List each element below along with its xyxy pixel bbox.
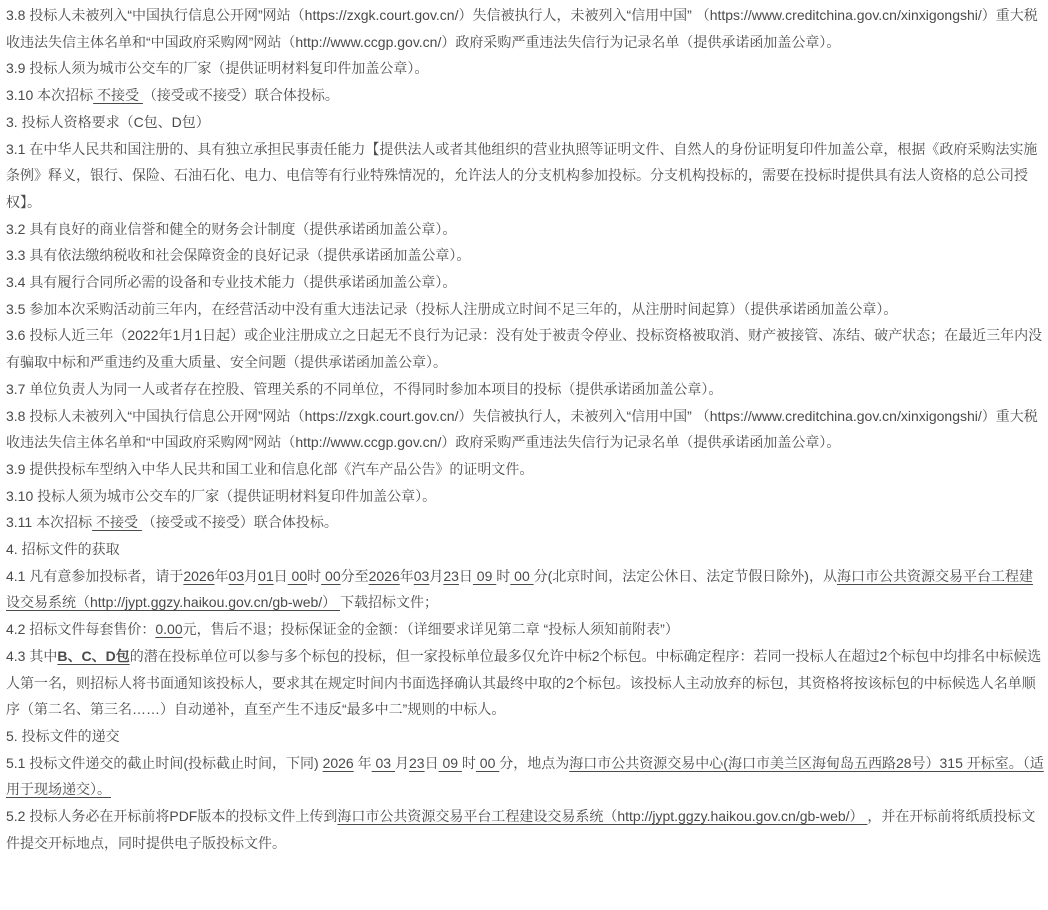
paragraph: 3. 投标人资格要求（C包、D包） (6, 109, 1046, 136)
text-run: 3.10 投标人须为城市公交车的厂家（提供证明材料复印件加盖公章）。 (6, 488, 436, 504)
underlined-text-run: B、C、D包 (57, 648, 129, 664)
text-run: 4.3 其中 (6, 648, 57, 664)
text-run: 元，售后不退；投标保证金的金额：（详细要求详见第二章 “投标人须知前附表”） (183, 621, 679, 637)
text-run: 5. 投标文件的递交 (6, 728, 120, 744)
paragraph: 5.1 投标文件递交的截止时间(投标截止时间，下同) 2026 年 03 月23… (6, 750, 1046, 803)
underlined-text-run: 2026 (369, 568, 400, 584)
text-run: 3.9 投标人须为城市公交车的厂家（提供证明材料复印件加盖公章）。 (6, 60, 428, 76)
text-run: 3.11 本次招标 (6, 514, 92, 530)
paragraph: 5.2 投标人务必在开标前将PDF版本的投标文件上传到海口市公共资源交易平台工程… (6, 803, 1046, 856)
paragraph: 3.5 参加本次采购活动前三年内，在经营活动中没有重大违法记录（投标人注册成立时… (6, 296, 1046, 323)
underlined-text-run: 2026 (183, 568, 214, 584)
text-run: 4.2 招标文件每套售价： (6, 621, 155, 637)
text-run: 时 (462, 755, 476, 771)
underlined-text-run: 2026 (323, 755, 354, 771)
underlined-text-run: 03 (414, 568, 430, 584)
text-run: 分(北京时间，法定公休日、法定节假日除外)，从 (534, 568, 837, 584)
underlined-text-run: 00 (510, 568, 533, 584)
underlined-text-run: 23 (443, 568, 459, 584)
text-run: 月 (244, 568, 258, 584)
text-run: 的潜在投标单位可以参与多个标包的投标，但一家投标单位最多仅允许中标2个标包。中标… (6, 648, 1041, 717)
underlined-text-run: 03 (229, 568, 245, 584)
document-body: 3.8 投标人未被列入“中国执行信息公开网”网站（https://zxgk.co… (6, 2, 1046, 857)
text-run: 下载招标文件； (340, 594, 438, 610)
paragraph: 3.11 本次招标 不接受 （接受或不接受）联合体投标。 (6, 509, 1046, 536)
underlined-text-run: 23 (409, 755, 425, 771)
text-run: 时 (496, 568, 510, 584)
paragraph: 3.1 在中华人民共和国注册的、具有独立承担民事责任能力【提供法人或者其他组织的… (6, 136, 1046, 216)
paragraph: 3.2 具有良好的商业信誉和健全的财务会计制度（提供承诺函加盖公章）。 (6, 216, 1046, 243)
paragraph: 3.9 投标人须为城市公交车的厂家（提供证明材料复印件加盖公章）。 (6, 55, 1046, 82)
text-run: 3.9 提供投标车型纳入中华人民共和国工业和信息化部《汽车产品公告》的证明文件。 (6, 461, 533, 477)
text-run: 3.4 具有履行合同所必需的设备和专业技术能力（提供承诺函加盖公章）。 (6, 274, 456, 290)
text-run: 3.7 单位负责人为同一人或者存在控股、管理关系的不同单位，不得同时参加本项目的… (6, 381, 722, 397)
text-run: 日 (459, 568, 473, 584)
text-run: 5.1 投标文件递交的截止时间(投标截止时间，下同) (6, 755, 323, 771)
underlined-text-run: 09 (473, 568, 496, 584)
underlined-text-run: 00 (476, 755, 499, 771)
underlined-text-run: 00 (288, 568, 307, 584)
paragraph: 5. 投标文件的递交 (6, 723, 1046, 750)
text-run: 3.10 本次招标 (6, 87, 93, 103)
underlined-text-run: 不接受 (93, 87, 143, 103)
text-run: 年 (215, 568, 229, 584)
text-run: 3.6 投标人近三年（2022年1月1日起）或企业注册成立之日起无不良行为记录：… (6, 327, 1042, 370)
text-run: 年 (354, 755, 372, 771)
text-run: （接受或不接受）联合体投标。 (143, 87, 339, 103)
paragraph: 3.9 提供投标车型纳入中华人民共和国工业和信息化部《汽车产品公告》的证明文件。 (6, 456, 1046, 483)
text-run: 3.5 参加本次采购活动前三年内，在经营活动中没有重大违法记录（投标人注册成立时… (6, 301, 897, 317)
text-run: 4. 招标文件的获取 (6, 541, 120, 557)
underlined-text-run: 09 (439, 755, 462, 771)
document-page: 3.8 投标人未被列入“中国执行信息公开网”网站（https://zxgk.co… (0, 0, 1048, 910)
paragraph: 3.10 本次招标 不接受 （接受或不接受）联合体投标。 (6, 82, 1046, 109)
text-run: 日 (425, 755, 439, 771)
text-run: 年 (400, 568, 414, 584)
text-run: 3.2 具有良好的商业信誉和健全的财务会计制度（提供承诺函加盖公章）。 (6, 221, 456, 237)
text-run: 日 (274, 568, 288, 584)
text-run: 月 (395, 755, 409, 771)
paragraph: 3.10 投标人须为城市公交车的厂家（提供证明材料复印件加盖公章）。 (6, 483, 1046, 510)
text-run: 4.1 凡有意参加投标者，请于 (6, 568, 183, 584)
text-run: 3.3 具有依法缴纳税收和社会保障资金的良好记录（提供承诺函加盖公章）。 (6, 247, 470, 263)
text-run: （接受或不接受）联合体投标。 (142, 514, 338, 530)
paragraph: 4. 招标文件的获取 (6, 536, 1046, 563)
text-run: 时 (307, 568, 321, 584)
paragraph: 3.7 单位负责人为同一人或者存在控股、管理关系的不同单位，不得同时参加本项目的… (6, 376, 1046, 403)
text-run: 月 (429, 568, 443, 584)
underlined-text-run: 03 (372, 755, 395, 771)
text-run: 3. 投标人资格要求（C包、D包） (6, 114, 210, 130)
paragraph: 4.1 凡有意参加投标者，请于2026年03月01日 00时 00分至2026年… (6, 563, 1046, 616)
underlined-text-run: 00 (321, 568, 340, 584)
text-run: 3.8 投标人未被列入“中国执行信息公开网”网站（https://zxgk.co… (6, 408, 1038, 451)
underlined-text-run: 海口市公共资源交易平台工程建设交易系统（http://jypt.ggzy.hai… (337, 808, 867, 824)
text-run: 5.2 投标人务必在开标前将PDF版本的投标文件上传到 (6, 808, 337, 824)
text-run: 分，地点为 (499, 755, 569, 771)
text-run: 3.8 投标人未被列入“中国执行信息公开网”网站（https://zxgk.co… (6, 7, 1038, 50)
text-run: 3.1 在中华人民共和国注册的、具有独立承担民事责任能力【提供法人或者其他组织的… (6, 141, 1037, 210)
paragraph: 4.3 其中B、C、D包的潜在投标单位可以参与多个标包的投标，但一家投标单位最多… (6, 643, 1046, 723)
paragraph: 3.4 具有履行合同所必需的设备和专业技术能力（提供承诺函加盖公章）。 (6, 269, 1046, 296)
paragraph: 3.8 投标人未被列入“中国执行信息公开网”网站（https://zxgk.co… (6, 403, 1046, 456)
text-run: 分至 (341, 568, 369, 584)
underlined-text-run: 不接受 (92, 514, 142, 530)
paragraph: 3.8 投标人未被列入“中国执行信息公开网”网站（https://zxgk.co… (6, 2, 1046, 55)
paragraph: 4.2 招标文件每套售价：0.00元，售后不退；投标保证金的金额：（详细要求详见… (6, 616, 1046, 643)
paragraph: 3.3 具有依法缴纳税收和社会保障资金的良好记录（提供承诺函加盖公章）。 (6, 242, 1046, 269)
underlined-text-run: 01 (258, 568, 274, 584)
paragraph: 3.6 投标人近三年（2022年1月1日起）或企业注册成立之日起无不良行为记录：… (6, 322, 1046, 375)
underlined-text-run: 0.00 (155, 621, 182, 637)
